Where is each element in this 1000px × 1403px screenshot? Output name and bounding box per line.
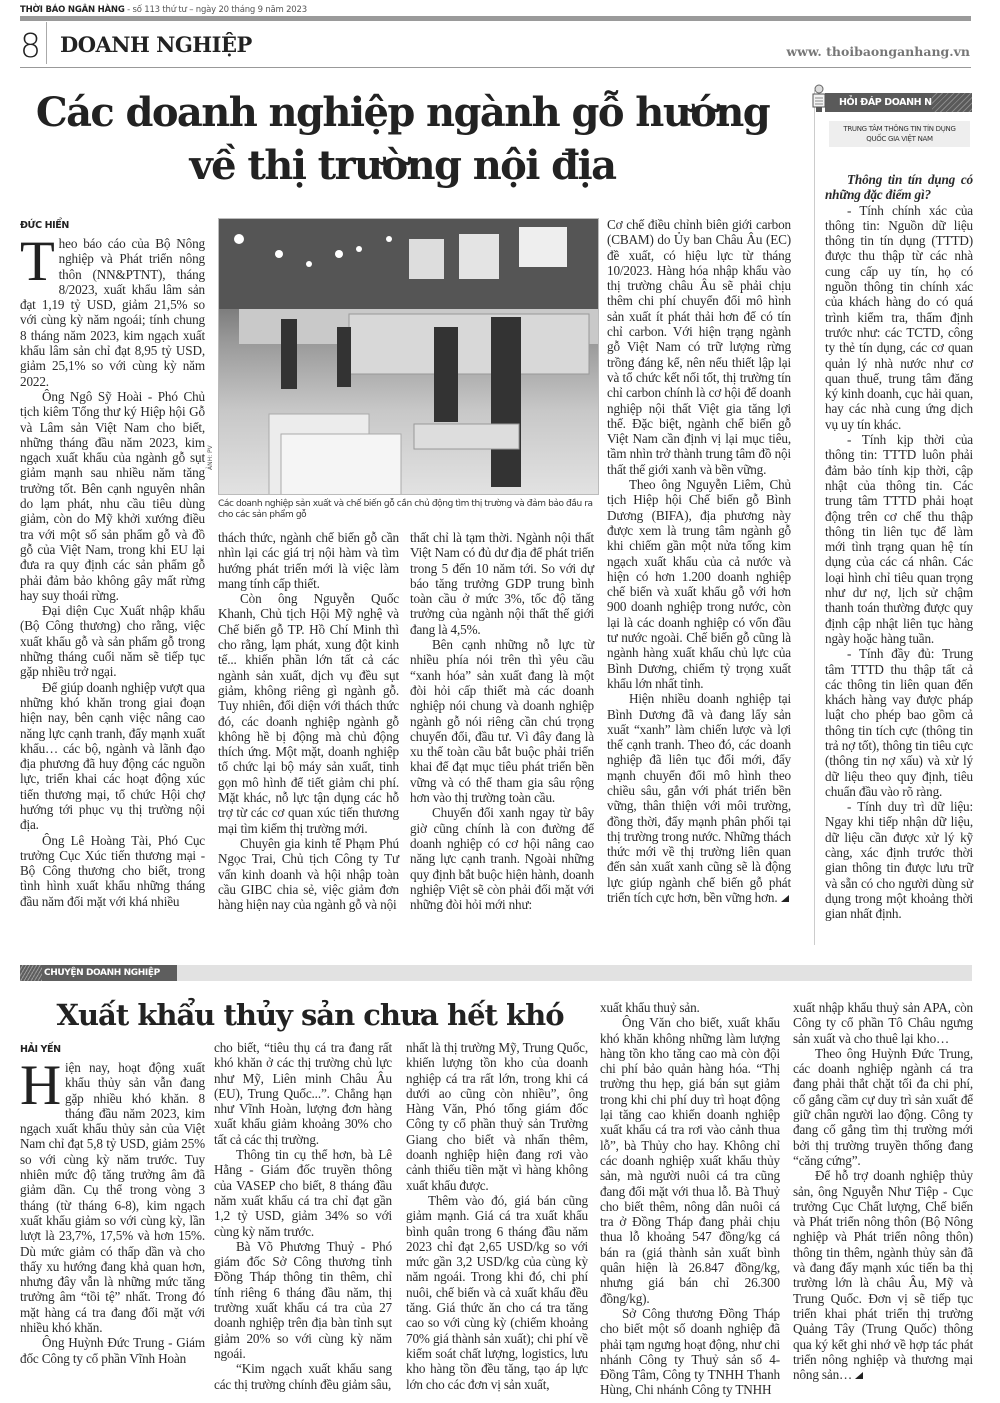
paragraph: Ông Văn cho biết, xuất khẩu khó khăn khô…: [600, 1015, 780, 1306]
paragraph: Ông Huỳnh Đức Trung - Giám đốc Công ty c…: [20, 1335, 205, 1366]
article2-column-3: nhất là thị trường Mỹ, Trung Quốc, khiến…: [406, 1040, 588, 1392]
sidebar-qa-body: Thông tin tín dụng có những đặc điểm gì?…: [825, 172, 973, 922]
paragraph: Ông Ngô Sỹ Hoài - Phó Chủ tịch kiêm Tổng…: [20, 389, 205, 603]
paragraph: Thông tin cụ thể hơn, bà Lê Hằng - Giám …: [214, 1147, 392, 1239]
photo-caption: Các doanh nghiệp sản xuất và chế biến gỗ…: [218, 499, 603, 521]
paragraph: Chuyển đổi xanh ngay từ bây giờ cũng chí…: [410, 805, 594, 912]
article2-headline: Xuất khẩu thủy sản chưa hết khó: [30, 996, 590, 1034]
qa-answer: - Tính chính xác của thông tin: Nguồn dữ…: [825, 203, 973, 432]
paragraph: Theo ông Huỳnh Đức Trung, các doanh nghi…: [793, 1046, 973, 1168]
article1-column-2: thách thức, ngành chế biến gỗ cần nhìn l…: [218, 530, 399, 912]
masthead-issue-line: THỜI BÁO NGÂN HÀNG - số 113 thứ tư – ngà…: [20, 5, 307, 15]
qa-answer: - Tính đầy đủ: Trung tâm TTTD thu thập t…: [825, 646, 973, 799]
paragraph: thất chỉ là tạm thời. Ngành nội thất Việ…: [410, 530, 594, 637]
newspaper-reader-icon: [812, 84, 826, 112]
page-number-divider: [46, 22, 47, 64]
paragraph: Theo ông Nguyễn Liêm, Chủ tịch Hiệp hội …: [607, 477, 791, 691]
paragraph: Còn ông Nguyễn Quốc Khanh, Chủ tịch Hội …: [218, 591, 399, 836]
qa-source-line-2: QUỐC GIA VIỆT NAM: [829, 134, 970, 144]
paragraph: nhất là thị trường Mỹ, Trung Quốc, khiến…: [406, 1040, 588, 1193]
paragraph: Để giúp doanh nghiệp vượt qua những khó …: [20, 680, 205, 833]
article1-column-1: Theo báo cáo của Bộ Nông nghiệp và Phát …: [20, 236, 205, 909]
qa-source-line-1: TRUNG TÂM THÔNG TIN TÍN DỤNG: [829, 124, 970, 134]
top-rule: [20, 16, 971, 21]
publication-name: THỜI BÁO NGÂN HÀNG: [20, 5, 125, 15]
article2-column-5: xuất nhập khẩu thuỷ sản APA, còn Công ty…: [793, 1000, 973, 1382]
banner-pattern: [932, 93, 972, 112]
paragraph: Để hỗ trợ doanh nghiệp thủy sản, ông Ngu…: [793, 1168, 973, 1382]
issue-info: - số 113 thứ tư – ngày 20 tháng 9 năm 20…: [125, 5, 307, 15]
hatch-pattern-icon: [20, 965, 42, 981]
paragraph: Bà Võ Phương Thuỷ - Phó giám đốc Sở Công…: [214, 1239, 392, 1361]
paragraph: xuất nhập khẩu thuỷ sản APA, còn Công ty…: [793, 1000, 973, 1046]
section-band: CHUYỆN DOANH NGHIỆP: [20, 965, 972, 981]
factory-photo-illustration: [219, 219, 599, 495]
article2-dropcap: H: [20, 1063, 65, 1109]
paragraph: Cơ chế điều chỉnh biên giới carbon (CBAM…: [607, 217, 791, 477]
section-title: DOANH NGHIỆP: [60, 32, 252, 57]
paragraph: “Kim ngạch xuất khẩu sang các thị trường…: [214, 1361, 392, 1392]
paragraph: thách thức, ngành chế biến gỗ cần nhìn l…: [218, 530, 399, 591]
website-link[interactable]: www. thoibaonganhang.vn: [786, 44, 970, 59]
article2-column-1: Hiện nay, hoạt động xuất khẩu thủy sản v…: [20, 1060, 205, 1366]
article2-column-2: cho biết, “tiêu thụ cá tra đang rất khó …: [214, 1040, 392, 1392]
paragraph: Thêm vào đó, giá bán cũng giảm mạnh. Giá…: [406, 1193, 588, 1392]
qa-answer: - Tính kịp thời của thông tin: TTTD luôn…: [825, 432, 973, 646]
article1-column-3: thất chỉ là tạm thời. Ngành nội thất Việ…: [410, 530, 594, 912]
end-of-article-icon: [781, 895, 789, 902]
paragraph: Chuyên gia kinh tế Phạm Phú Ngọc Trai, C…: [218, 836, 399, 912]
article1-column-4: Cơ chế điều chỉnh biên giới carbon (CBAM…: [607, 217, 791, 905]
qa-source-box: TRUNG TÂM THÔNG TIN TÍN DỤNG QUỐC GIA VI…: [829, 121, 970, 147]
qa-answer: - Tính duy trì dữ liệu: Ngay khi tiếp nh…: [825, 799, 973, 921]
page-number: 8: [20, 26, 41, 66]
article1-photo: [218, 218, 599, 495]
article2-column-4: xuất khẩu thuỷ sản. Ông Văn cho biết, xu…: [600, 1000, 780, 1398]
paragraph: Đại diện Cục Xuất nhập khẩu (Bộ Công thư…: [20, 603, 205, 679]
article1-dropcap: T: [20, 239, 59, 285]
paragraph: xuất khẩu thuỷ sản.: [600, 1000, 780, 1015]
end-of-article-icon: [855, 1372, 863, 1379]
qa-question: Thông tin tín dụng có những đặc điểm gì?: [825, 172, 973, 203]
photo-credit: ẢNH: PV: [207, 445, 214, 470]
paragraph: Ông Lê Hoàng Tài, Phó Cục trưởng Cục Xúc…: [20, 833, 205, 909]
paragraph: Hiện nhiều doanh nghiệp tại Bình Dương đ…: [607, 691, 791, 905]
paragraph: Bên cạnh những nỗ lực từ nhiều phía nói …: [410, 637, 594, 805]
sidebar-divider: [814, 90, 815, 945]
section-band-label: CHUYỆN DOANH NGHIỆP: [20, 965, 177, 981]
paragraph: cho biết, “tiêu thụ cá tra đang rất khó …: [214, 1040, 392, 1147]
header-divider: [20, 67, 971, 68]
article1-headline: Các doanh nghiệp ngành gỗ hướng về thị t…: [30, 86, 775, 192]
paragraph: Sở Công thương Đồng Tháp cho biết một số…: [600, 1306, 780, 1398]
qa-banner: HỎI ĐÁP DOANH NGHIỆP: [825, 93, 972, 112]
